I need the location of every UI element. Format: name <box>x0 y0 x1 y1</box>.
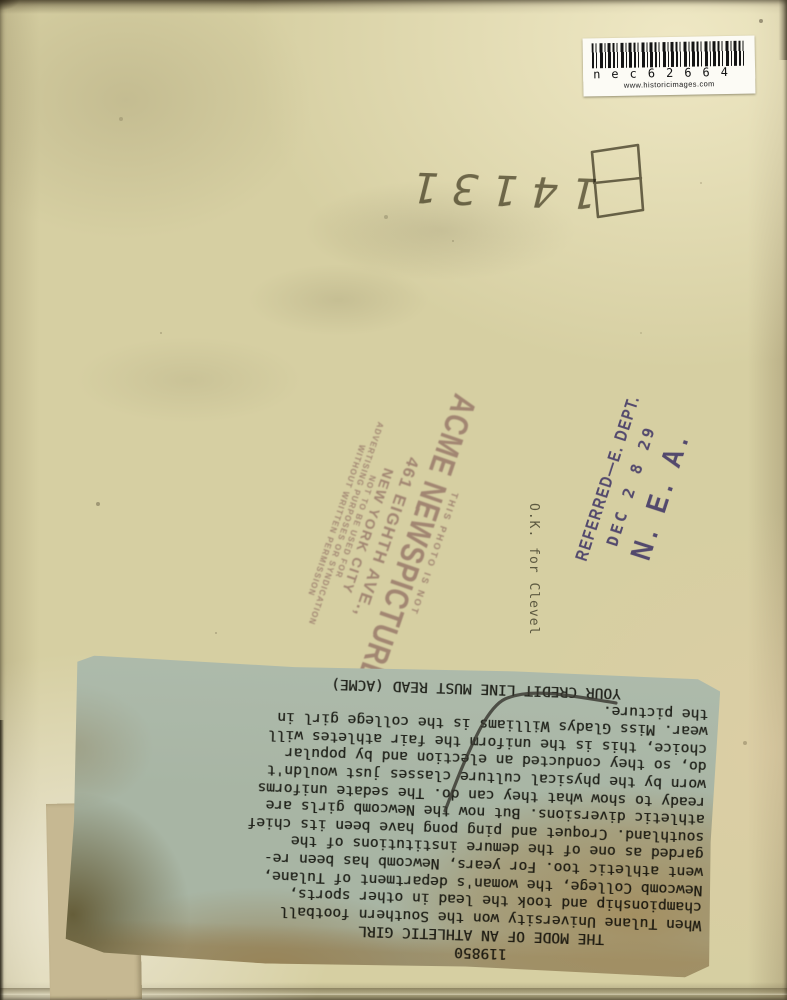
barcode-sticker: nec62664 www.historicimages.com <box>583 36 756 97</box>
handwritten-number: 14131 <box>428 148 608 233</box>
typed-ok-note: O.K. for Clevel <box>525 503 541 673</box>
boxed-mark-icon <box>586 140 648 224</box>
paper-specks <box>0 0 2 2</box>
caption-slip: 119850 THE MODE OF AN ATHLETIC GIRL When… <box>65 655 721 978</box>
caption-text: 119850 THE MODE OF AN ATHLETIC GIRL When… <box>79 664 709 968</box>
